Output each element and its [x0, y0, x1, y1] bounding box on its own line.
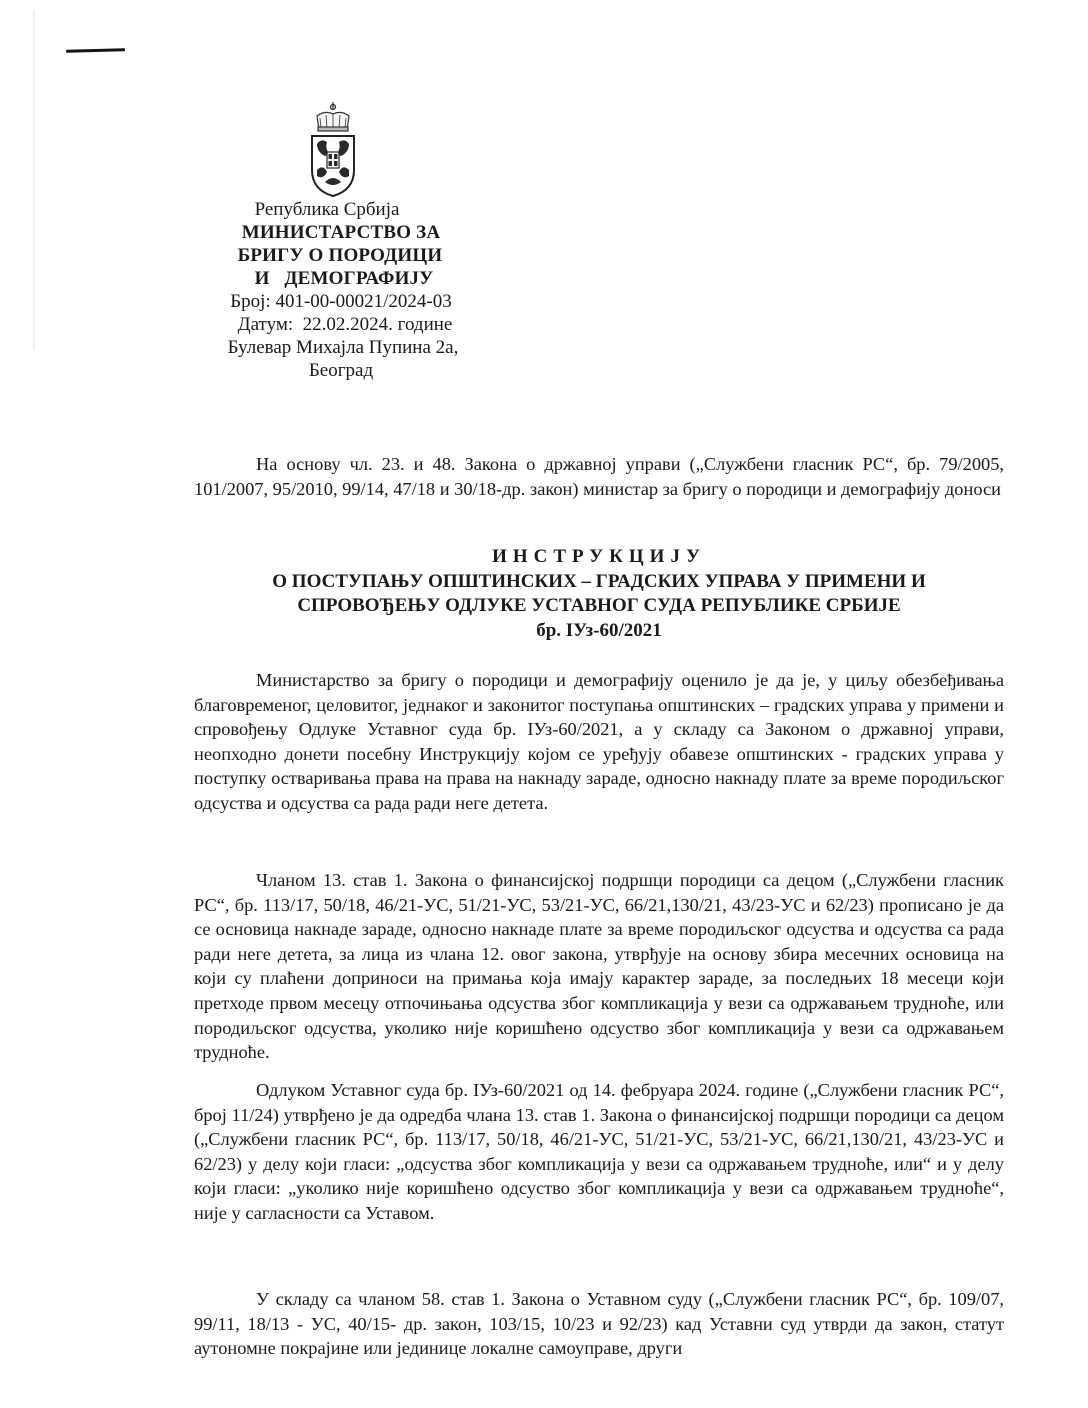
ministry-name-line-1: МИНИСТАРСТВО ЗА: [200, 221, 480, 244]
title-main: ИНСТРУКЦИЈУ: [194, 545, 1004, 570]
ministry-address: Булевар Михајла Пупина 2а,: [200, 336, 480, 359]
scan-page-edge: [33, 10, 35, 350]
paragraph-block-4: У складу са чланом 58. став 1. Закона о …: [194, 1287, 1004, 1361]
title-line-3: бр. IУз-60/2021: [194, 619, 1004, 644]
intro-paragraph: На основу чл. 23. и 48. Закона о државно…: [194, 452, 1004, 501]
document-title: ИНСТРУКЦИЈУ О ПОСТУПАЊУ ОПШТИНСКИХ – ГРА…: [194, 545, 1004, 643]
paragraph-block-1: Министарство за бригу о породици и демог…: [194, 668, 1004, 816]
body-paragraph: Министарство за бригу о породици и демог…: [194, 668, 1004, 816]
body-paragraph: Чланом 13. став 1. Закона о финансијској…: [194, 868, 1004, 1065]
intro-paragraph-block: На основу чл. 23. и 48. Закона о државно…: [194, 452, 1004, 501]
document-date: Датум: 22.02.2024. године: [200, 313, 480, 336]
serbia-coat-of-arms-icon: [303, 100, 363, 198]
ministry-name-line-3: И ДЕМОГРАФИЈУ: [200, 267, 480, 290]
paragraph-block-3: Одлуком Уставног суда бр. IУз-60/2021 од…: [194, 1078, 1004, 1226]
title-line-2: СПРОВОЂЕЊУ ОДЛУКЕ УСТАВНОГ СУДА РЕПУБЛИК…: [194, 594, 1004, 619]
letterhead: Република Србија МИНИСТАРСТВО ЗА БРИГУ О…: [200, 198, 480, 382]
ministry-city: Београд: [200, 359, 480, 382]
document-number: Број: 401-00-00021/2024-03: [200, 290, 480, 313]
title-line-1: О ПОСТУПАЊУ ОПШТИНСКИХ – ГРАДСКИХ УПРАВА…: [194, 570, 1004, 595]
scan-mark: [66, 48, 125, 53]
paragraph-block-2: Чланом 13. став 1. Закона о финансијској…: [194, 868, 1004, 1065]
republic-name: Република Србија: [200, 198, 480, 221]
body-paragraph: У складу са чланом 58. став 1. Закона о …: [194, 1287, 1004, 1361]
body-paragraph: Одлуком Уставног суда бр. IУз-60/2021 од…: [194, 1078, 1004, 1226]
ministry-name-line-2: БРИГУ О ПОРОДИЦИ: [200, 244, 480, 267]
